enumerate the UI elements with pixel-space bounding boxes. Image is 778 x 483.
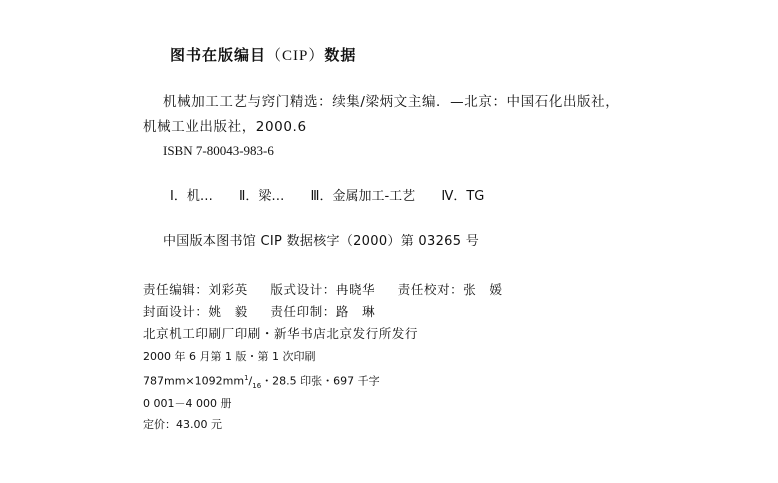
cip-heading: 图书在版编目（CIP）数据: [170, 48, 356, 64]
format-rest: ・28.5 印张・697 千字: [261, 375, 379, 388]
cip-heading-prefix: 图书在版编目: [170, 46, 266, 64]
subject-headings: Ⅰ．机… Ⅱ．梁… Ⅲ．金属加工-工艺 Ⅳ．TG: [170, 190, 484, 203]
subject-4: Ⅳ．TG: [441, 189, 484, 204]
cip-heading-suffix: 数据: [324, 46, 356, 64]
edition-info: 2000 年 6 月第 1 版・第 1 次印刷: [143, 351, 315, 362]
cip-heading-cip: （CIP）: [266, 48, 324, 64]
printer-distributor: 北京机工印刷厂印刷・新华书店北京发行所发行: [143, 328, 418, 341]
credit-cover-design: 封面设计：姚 毅: [143, 304, 248, 319]
credits-row-2: 封面设计：姚 毅 责任印制：路 琳: [143, 306, 375, 319]
credits-row-1: 责任编辑：刘彩英 版式设计：冉晓华 责任校对：张 媛: [143, 284, 503, 297]
subject-3: Ⅲ．金属加工-工艺: [311, 189, 416, 204]
format-info: 787mm×1092mm1/16・28.5 印张・697 千字: [143, 375, 380, 390]
format-fraction-num: 1: [244, 374, 248, 382]
credit-editor: 责任编辑：刘彩英: [143, 282, 248, 297]
isbn: ISBN 7-80043-983-6: [163, 144, 274, 157]
format-fraction-den: 16: [252, 382, 261, 390]
cip-record-line2: 机械工业出版社，2000.6: [143, 121, 307, 135]
price: 定价：43.00 元: [143, 419, 222, 430]
cip-number: 中国版本图书馆 CIP 数据核字（2000）第 03265 号: [163, 235, 479, 248]
cip-record-line1: 机械加工工艺与窍门精选：续集/梁炳文主编．—北京：中国石化出版社，: [163, 96, 619, 110]
format-size: 787mm×1092mm: [143, 375, 244, 388]
credit-print-supervisor: 责任印制：路 琳: [270, 304, 375, 319]
credit-layout: 版式设计：冉晓华: [270, 282, 375, 297]
subject-1: Ⅰ．机…: [170, 189, 213, 204]
subject-2: Ⅱ．梁…: [239, 189, 284, 204]
print-run: 0 001－4 000 册: [143, 398, 231, 409]
credit-proofreader: 责任校对：张 媛: [398, 282, 503, 297]
